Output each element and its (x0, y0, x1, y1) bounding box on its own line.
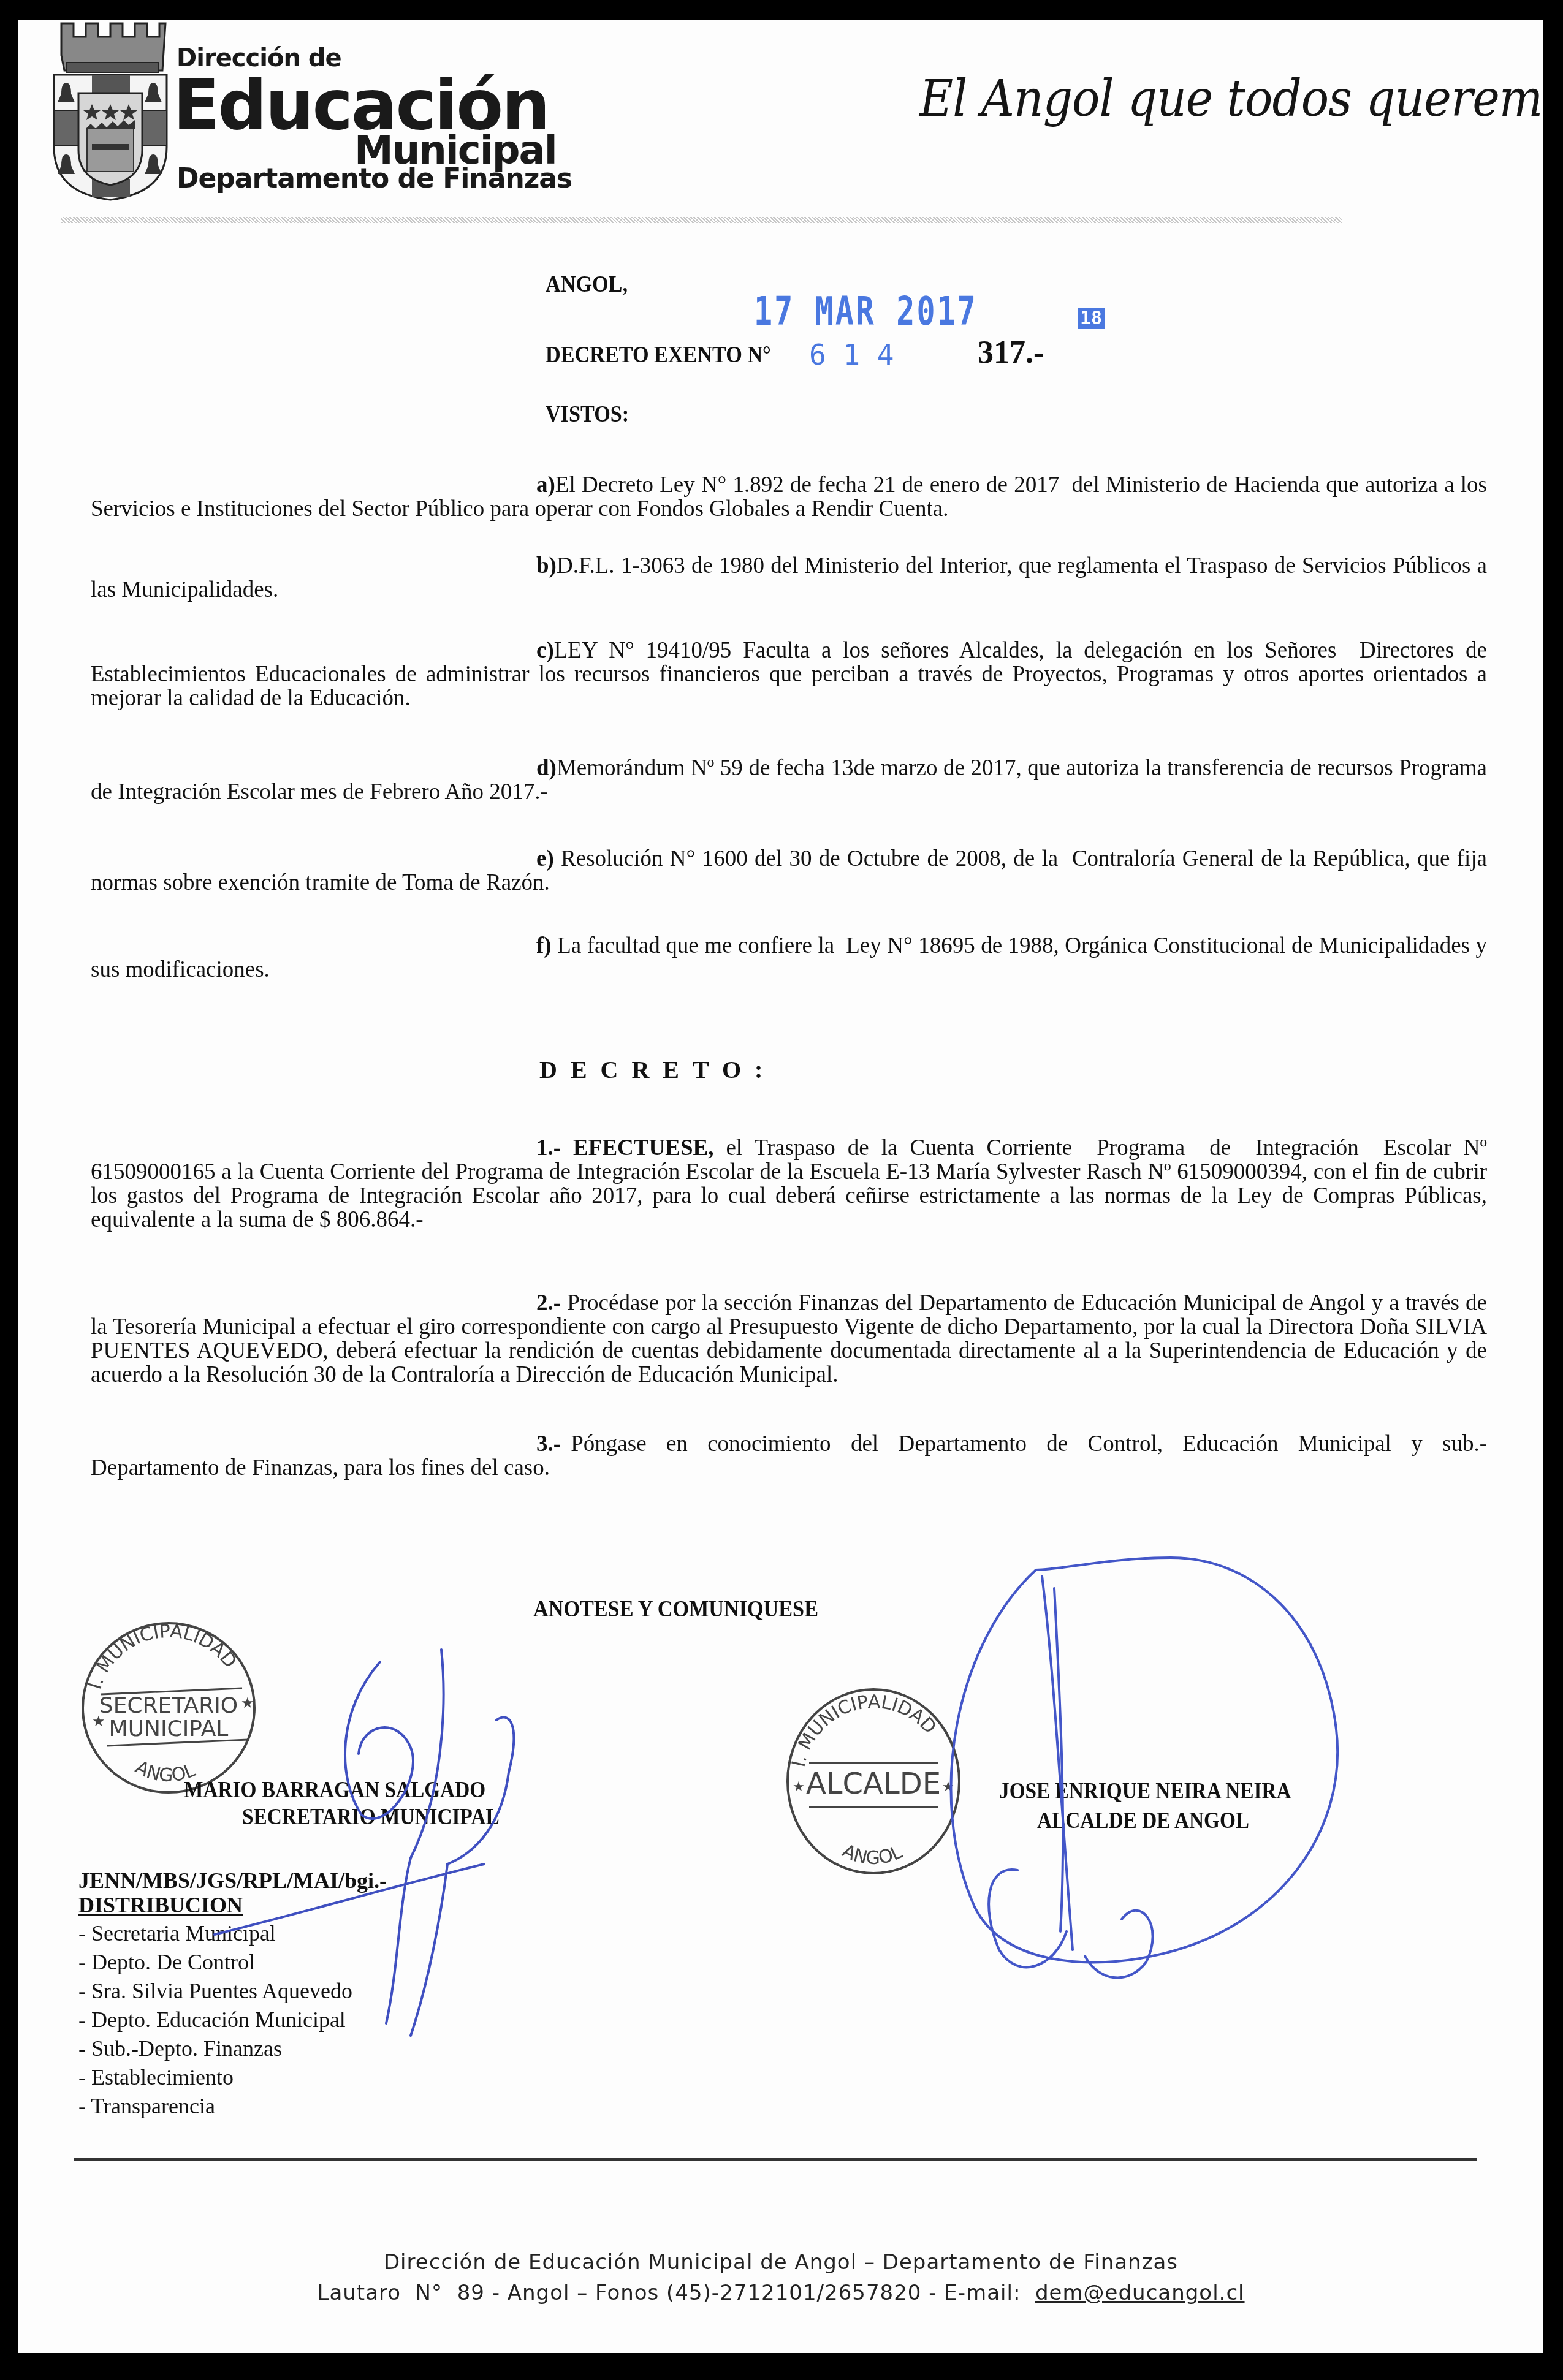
distribution-item: - Establecimiento (78, 2064, 234, 2090)
decreto-label: 3.- (536, 1431, 561, 1457)
vistos-label: b) (536, 553, 557, 578)
decreto-item: 3.- Póngase en conocimiento del Departam… (91, 1432, 1487, 1480)
anotese-label: ANOTESE Y COMUNIQUESE (533, 1596, 818, 1623)
mayor-seal-bottom-text: ANGOL (839, 1840, 905, 1869)
secretary-seal-top-text: I. MUNICIPALIDAD (85, 1621, 241, 1692)
footer-email-link[interactable]: dem@educangol.cl (1035, 2281, 1245, 2305)
stamp-superscript: 18 (1078, 308, 1105, 329)
vistos-text-first: Resolución N° 1600 del 30 de Octubre de … (554, 846, 1410, 871)
vistos-label: e) (536, 846, 554, 871)
decreto-text-first: Póngase en conocimiento del Departamento… (561, 1431, 1487, 1457)
decreto-item: 1.- EFECTUESE, el Traspaso de la Cuenta … (91, 1136, 1487, 1232)
vistos-text-first: El Decreto Ley N° 1.892 de fecha 21 de e… (555, 472, 1359, 498)
svg-text:★: ★ (241, 1696, 254, 1711)
footer-divider (74, 2158, 1477, 2161)
footer-address: Lautaro N° 89 - Angol – Fonos (45)-27121… (317, 2281, 1035, 2305)
decree-number: 317.- (978, 335, 1044, 371)
mayor-signature-icon (951, 1558, 1337, 1977)
distribution-item: - Depto. Educación Municipal (78, 2007, 346, 2033)
slogan: El Angol que todos queremos (919, 70, 1543, 128)
decreto-heading: DECRETO: (539, 1055, 776, 1084)
vistos-item: a)El Decreto Ley N° 1.892 de fecha 21 de… (91, 473, 1487, 521)
document-page: Dirección de Educación Municipal Departa… (18, 20, 1543, 2353)
coat-of-arms-icon (49, 20, 172, 202)
initials: JENN/MBS/JGS/RPL/MAI/bgi.- (78, 1868, 387, 1893)
mayor-seal-icon: I. MUNICIPALIDAD ALCALDE ★ ★ ANGOL (769, 1677, 978, 1885)
distribution-item: - Depto. De Control (78, 1949, 255, 1975)
footer-line1: Dirección de Educación Municipal de Ango… (18, 2250, 1543, 2275)
header-divider (61, 217, 1342, 223)
vistos-text-first: D.F.L. 1-3063 de 1980 del Ministerio del… (557, 553, 1386, 578)
decree-stamp-number: 6 1 4 (809, 338, 894, 371)
city-label: ANGOL, (546, 271, 628, 298)
svg-text:ANGOL: ANGOL (839, 1840, 905, 1869)
vistos-text-first: La facultad que me confiere la Ley N° 18… (552, 933, 1313, 958)
distribution-item: - Sub.-Depto. Finanzas (78, 2036, 282, 2061)
decreto-text-rest: Departamento de Finanzas, para los fines… (91, 1455, 550, 1480)
distribution-item: - Transparencia (78, 2093, 215, 2119)
org-name-line4: Departamento de Finanzas (177, 165, 572, 192)
vistos-item: c)LEY N° 19410/95 Faculta a los señores … (91, 639, 1487, 710)
svg-text:I. MUNICIPALIDAD: I. MUNICIPALIDAD (85, 1621, 241, 1692)
distribution-item: - Sra. Silvia Puentes Aquevedo (78, 1978, 352, 2004)
decree-label: DECRETO EXENTO N° (546, 341, 771, 368)
mayor-title: ALCALDE DE ANGOL (1037, 1808, 1249, 1834)
secretary-seal-icon: I. MUNICIPALIDAD SECRETARIO MUNICIPAL ★ … (70, 1616, 267, 1800)
vistos-label: d) (536, 756, 557, 781)
svg-text:★: ★ (92, 1714, 105, 1730)
mayor-name: JOSE ENRIQUE NEIRA NEIRA (999, 1778, 1291, 1805)
distribution-item: - Secretaria Municipal (78, 1920, 276, 1946)
vistos-item: f) La facultad que me confiere la Ley N°… (91, 934, 1487, 982)
vistos-label: c) (536, 638, 554, 663)
vistos-text-first: LEY N° 19410/95 Faculta a los señores Al… (554, 638, 1454, 663)
svg-text:★: ★ (942, 1779, 954, 1794)
date-stamp: 17 MAR 2017 (754, 289, 978, 335)
vistos-item: e) Resolución N° 1600 del 30 de Octubre … (91, 847, 1487, 895)
secretary-name: MARIO BARRAGAN SALGADO (184, 1777, 485, 1803)
decreto-label: 1.- EFECTUESE, (536, 1135, 713, 1161)
vistos-label: a) (536, 472, 555, 498)
vistos-item: d)Memorándum Nº 59 de fecha 13de marzo d… (91, 756, 1487, 804)
decreto-item: 2.- Procédase por la sección Finanzas de… (91, 1291, 1487, 1387)
decreto-label: 2.- (536, 1290, 561, 1316)
decreto-text-first: el Traspaso de la Cuenta Corriente Progr… (713, 1135, 1451, 1161)
secretary-seal-mid2: MUNICIPAL (109, 1716, 229, 1741)
mayor-seal-mid: ALCALDE (806, 1767, 941, 1801)
secretary-seal-mid1: SECRETARIO (99, 1693, 238, 1718)
decreto-text-first: Procédase por la sección Finanzas del De… (561, 1290, 1399, 1316)
vistos-label: VISTOS: (546, 401, 629, 428)
footer-line2: Lautaro N° 89 - Angol – Fonos (45)-27121… (18, 2281, 1543, 2305)
vistos-label: f) (536, 933, 552, 958)
secretary-title: SECRETARIO MUNICIPAL (242, 1804, 500, 1830)
distribution-heading: DISTRIBUCION (78, 1892, 243, 1918)
svg-text:★: ★ (793, 1779, 805, 1794)
vistos-text-first: Memorándum Nº 59 de fecha 13de marzo de … (557, 756, 1393, 781)
vistos-item: b)D.F.L. 1-3063 de 1980 del Ministerio d… (91, 554, 1487, 602)
